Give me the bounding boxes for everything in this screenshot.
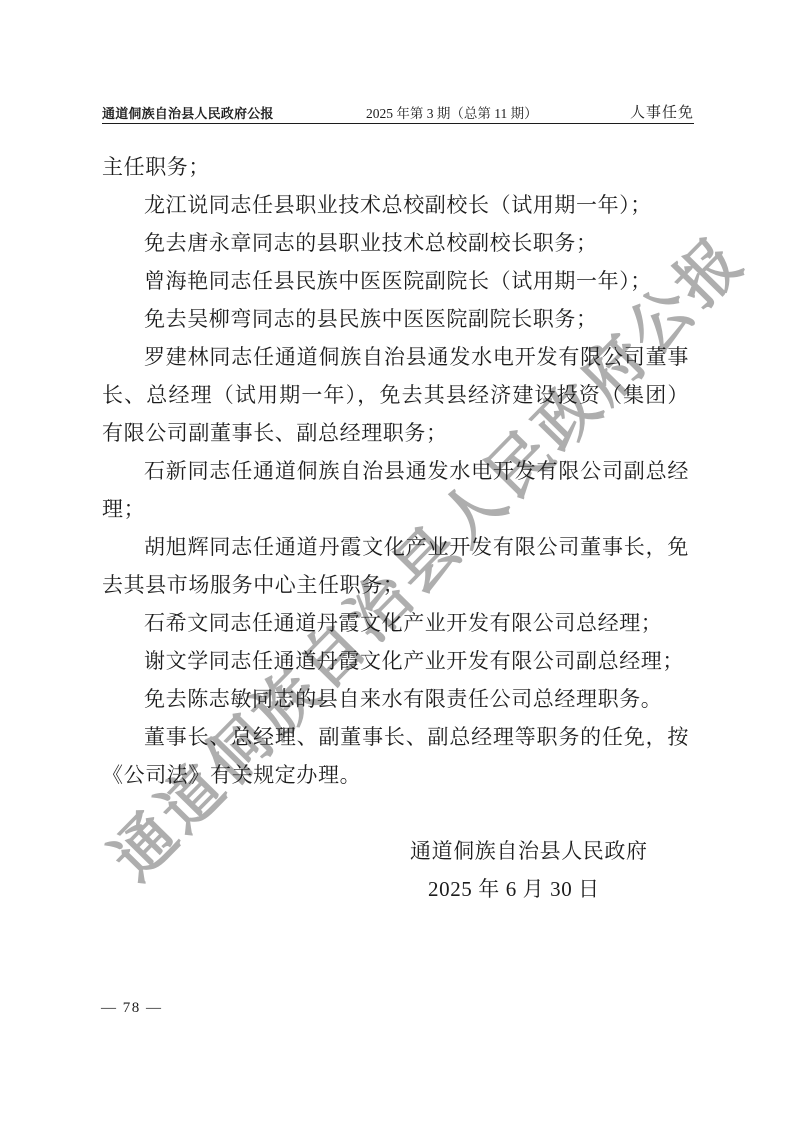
body-line: 罗建林同志任通道侗族自治县通发水电开发有限公司董事 — [102, 338, 689, 376]
signature-date: 2025 年 6 月 30 日 — [102, 870, 689, 908]
body-line: 董事长、总经理、副董事长、副总经理等职务的任免，按 — [102, 718, 689, 756]
body-line: 理； — [102, 490, 689, 528]
body-line: 免去唐永章同志的县职业技术总校副校长职务； — [102, 224, 689, 262]
gazette-header: 通道侗族自治县人民政府公报 2025 年第 3 期（总第 11 期） 人事任免 — [102, 99, 694, 124]
body-line: 免去吴柳弯同志的县民族中医医院副院长职务； — [102, 300, 689, 338]
header-gazette-title: 通道侗族自治县人民政府公报 — [102, 103, 274, 122]
body-line: 《公司法》有关规定办理。 — [102, 756, 689, 794]
body-line: 龙江说同志任县职业技术总校副校长（试用期一年）； — [102, 186, 689, 224]
document-body: 主任职务； 龙江说同志任县职业技术总校副校长（试用期一年）； 免去唐永章同志的县… — [102, 148, 689, 908]
body-line: 主任职务； — [102, 148, 689, 186]
document-page: 通道侗族自治县人民政府公报 通道侗族自治县人民政府公报 2025 年第 3 期（… — [0, 0, 793, 1122]
body-line: 长、总经理（试用期一年），免去其县经济建设投资（集团） — [102, 376, 689, 414]
body-line: 胡旭辉同志任通道丹霞文化产业开发有限公司董事长，免 — [102, 528, 689, 566]
signature-org: 通道侗族自治县人民政府 — [102, 832, 689, 870]
body-line: 免去陈志敏同志的县自来水有限责任公司总经理职务。 — [102, 680, 689, 718]
body-line: 去其县市场服务中心主任职务； — [102, 566, 689, 604]
page-footer: — 78 — — [101, 1000, 163, 1017]
body-line: 曾海艳同志任县民族中医医院副院长（试用期一年）； — [102, 262, 689, 300]
body-line: 谢文学同志任通道丹霞文化产业开发有限公司副总经理； — [102, 642, 689, 680]
body-line: 有限公司副董事长、副总经理职务； — [102, 414, 689, 452]
body-line: 石希文同志任通道丹霞文化产业开发有限公司总经理； — [102, 604, 689, 642]
header-issue-info: 2025 年第 3 期（总第 11 期） — [366, 102, 538, 122]
page-number: — 78 — — [101, 1000, 163, 1016]
body-line: 石新同志任通道侗族自治县通发水电开发有限公司副总经 — [102, 452, 689, 490]
blank-line-spacer — [102, 794, 689, 832]
header-section-title: 人事任免 — [630, 101, 694, 122]
